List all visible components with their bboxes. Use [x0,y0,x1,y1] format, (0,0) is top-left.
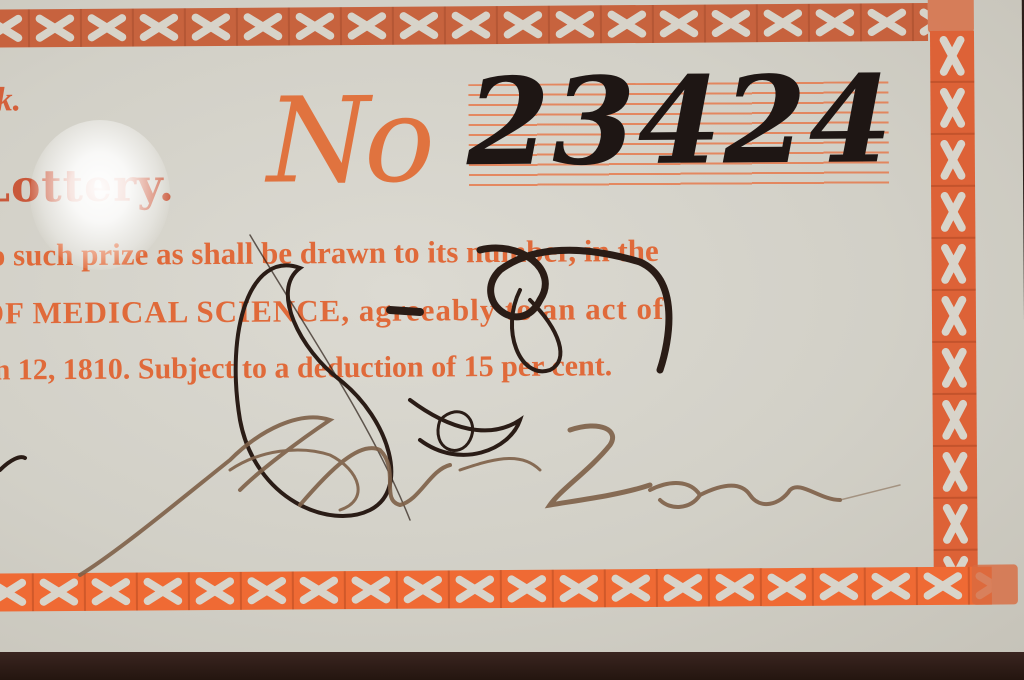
x-ornament-icon [814,567,866,605]
bottom-ornamental-border [0,567,992,612]
document-photo: ck. Lottery. No 23424 to such prize as s… [0,0,1024,680]
number-label: No [266,71,429,210]
x-ornament-icon [914,3,928,41]
header-fragment: ck. [0,81,21,119]
x-ornament-icon [933,395,977,447]
right-ornamental-border [930,31,978,579]
x-ornament-icon [550,5,602,43]
x-ornament-icon [346,571,398,609]
x-ornament-icon [82,9,134,47]
corner-ornament-icon [928,0,974,33]
top-ornamental-border [0,3,928,48]
x-ornament-icon [658,569,710,607]
x-ornament-icon [933,499,977,551]
x-ornament-icon [34,573,86,611]
x-ornament-icon [932,343,976,395]
x-ornament-icon [931,239,975,291]
x-ornament-icon [0,9,30,47]
x-ornament-icon [933,447,977,499]
body-line-1: to such prize as shall be drawn to its n… [0,233,659,274]
x-ornament-icon [654,5,706,43]
x-ornament-icon [554,569,606,607]
table-surface [0,652,1024,680]
x-ornament-icon [862,3,914,41]
x-ornament-icon [498,6,550,44]
x-ornament-icon [502,570,554,608]
x-ornament-icon [134,8,186,46]
ticket-paper: ck. Lottery. No 23424 to such prize as s… [0,0,1024,660]
x-ornament-icon [930,83,974,135]
serial-number: 23424 [466,49,894,193]
x-ornament-icon [932,291,976,343]
x-ornament-icon [446,6,498,44]
x-ornament-icon [931,135,975,187]
x-ornament-icon [810,3,862,41]
x-ornament-icon [918,567,970,605]
x-ornament-icon [30,9,82,47]
x-ornament-icon [0,573,34,611]
body-line-2: OF MEDICAL SCIENCE, agreeably to an act … [0,291,664,332]
x-ornament-icon [190,572,242,610]
x-ornament-icon [342,7,394,45]
x-ornament-icon [866,567,918,605]
x-ornament-icon [394,6,446,44]
x-ornament-icon [86,573,138,611]
x-ornament-icon [706,4,758,42]
x-ornament-icon [758,4,810,42]
x-ornament-icon [710,568,762,606]
x-ornament-icon [931,187,975,239]
corner-ornament-icon [972,564,1018,604]
x-ornament-icon [930,31,974,83]
x-ornament-icon [238,7,290,45]
x-ornament-icon [186,8,238,46]
body-line-3: ch 12, 1810. Subject to a deduction of 1… [0,349,612,387]
x-ornament-icon [290,7,342,45]
x-ornament-icon [602,5,654,43]
x-ornament-icon [606,569,658,607]
x-ornament-icon [450,570,502,608]
x-ornament-icon [242,571,294,609]
x-ornament-icon [138,572,190,610]
x-ornament-icon [398,570,450,608]
lottery-title: Lottery. [0,160,175,212]
x-ornament-icon [762,568,814,606]
x-ornament-icon [294,571,346,609]
